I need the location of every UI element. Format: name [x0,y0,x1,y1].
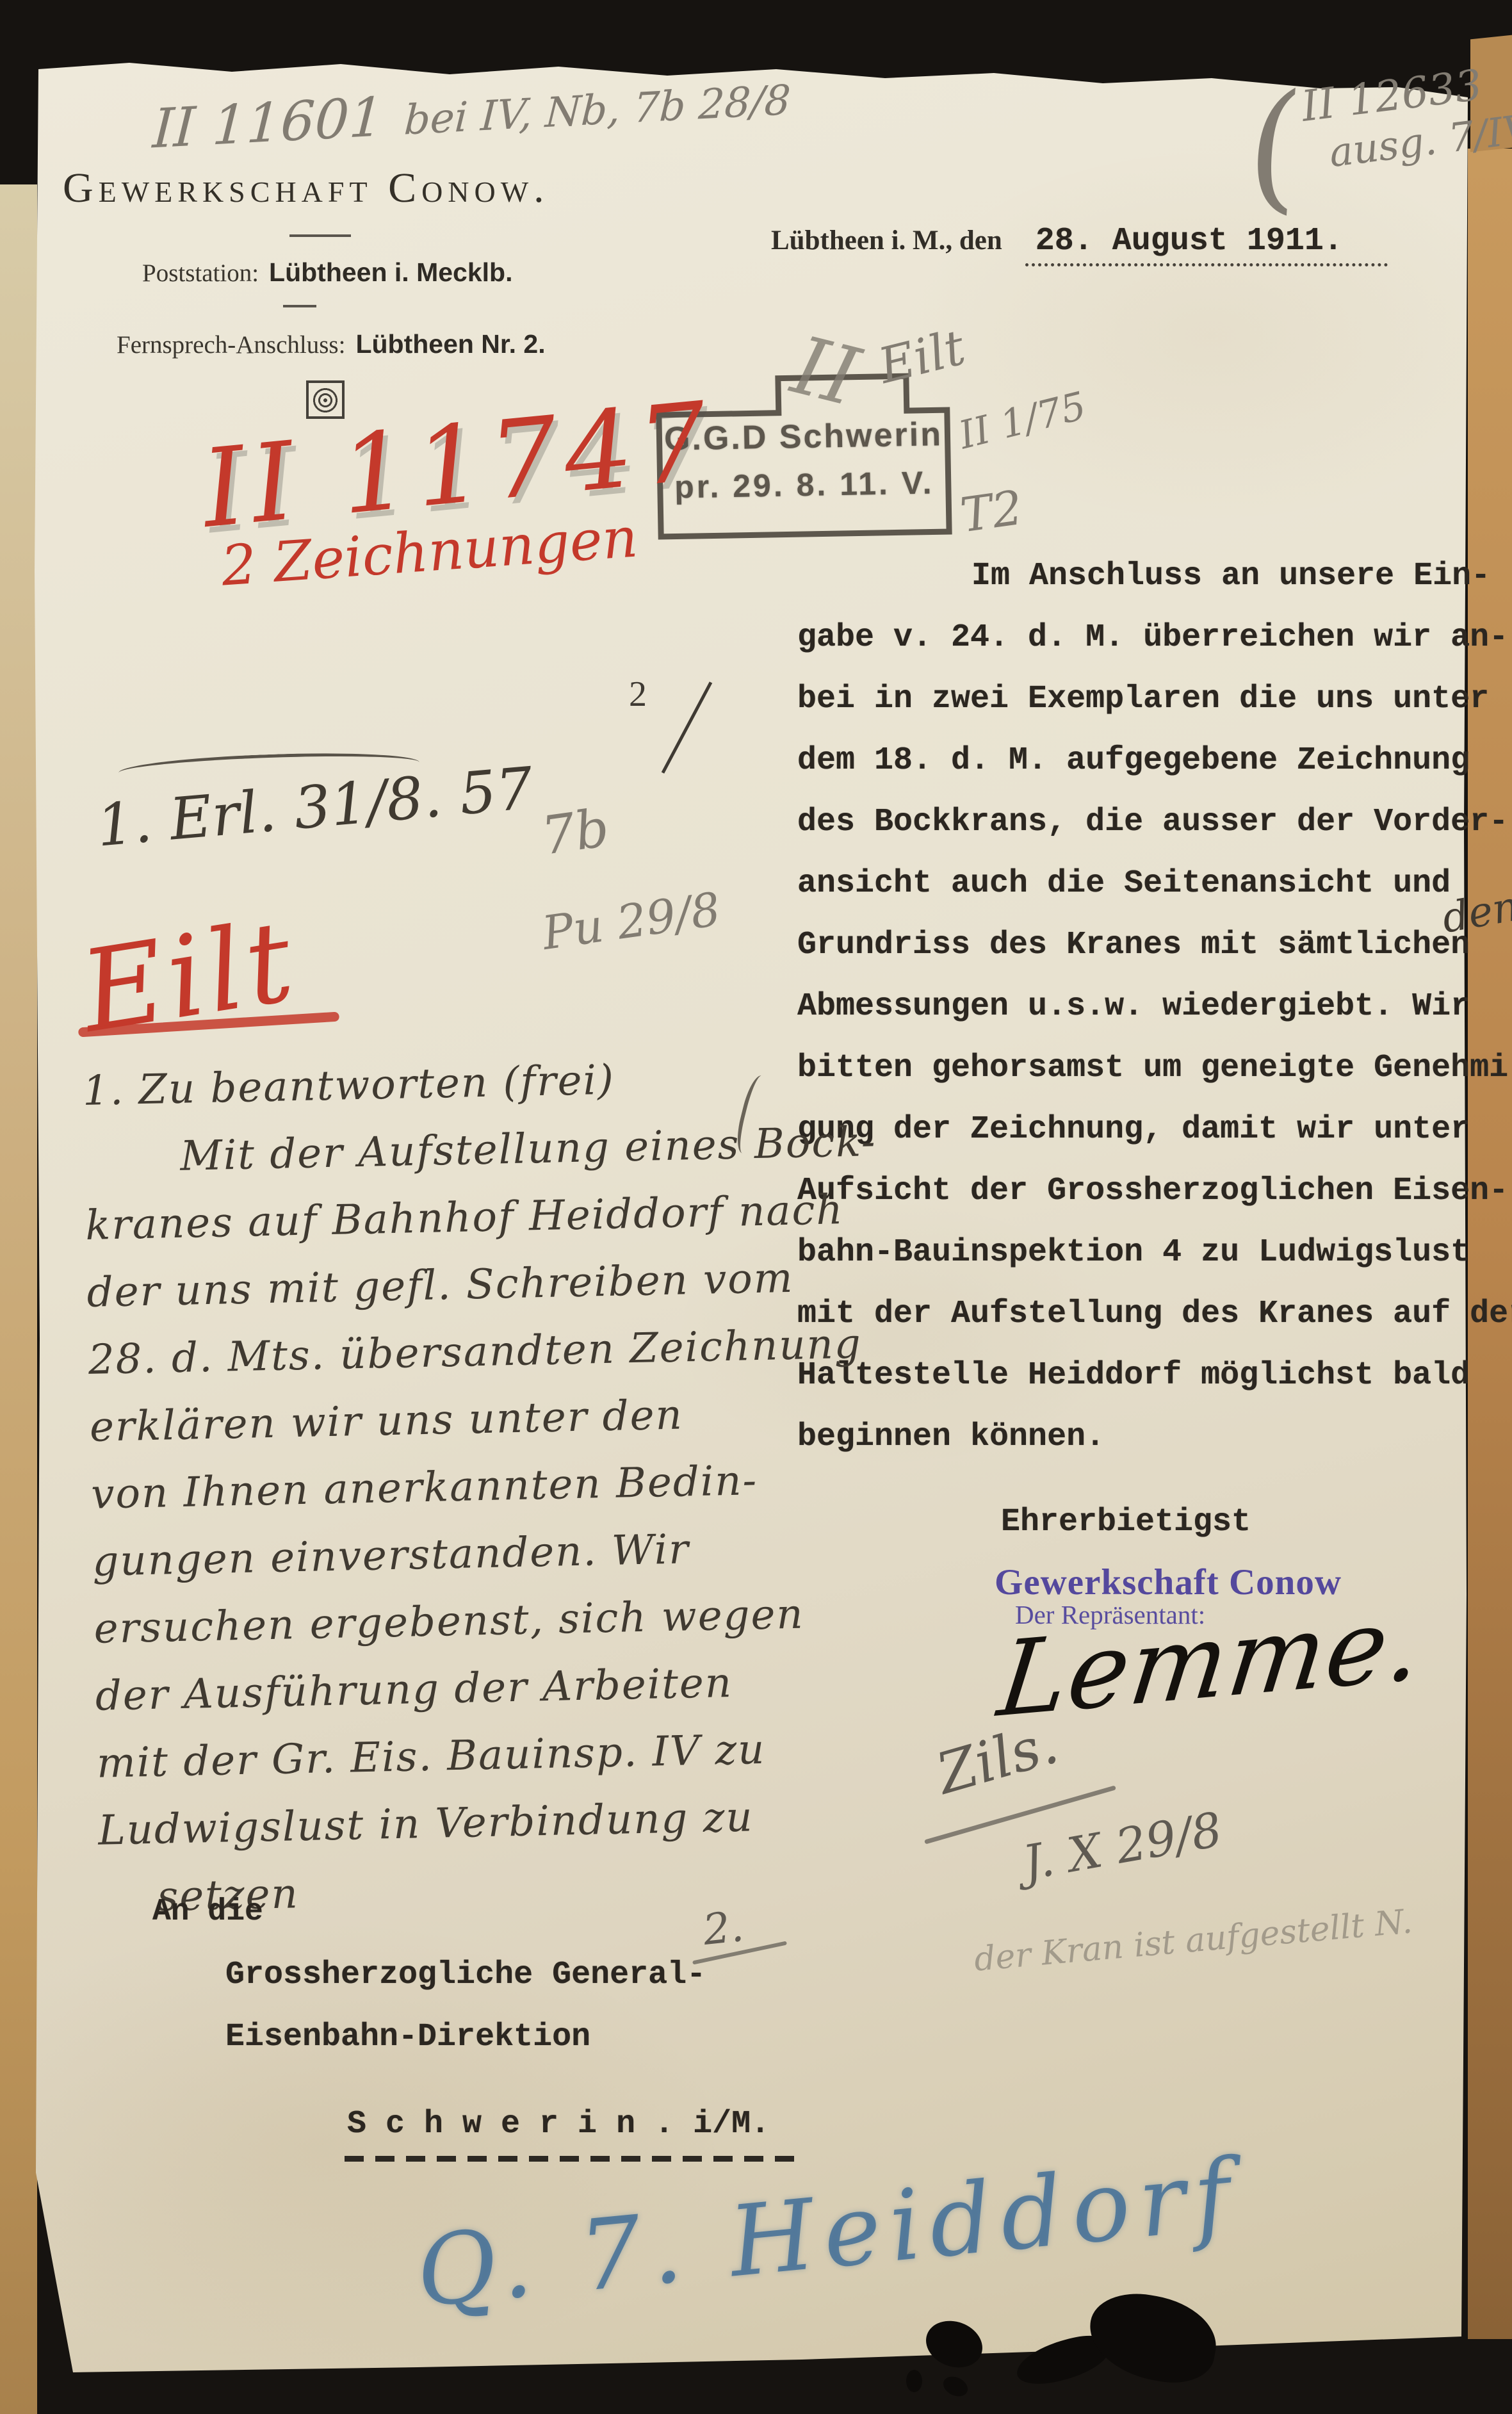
body-line: bei in zwei Exemplaren die uns unter [797,669,1512,730]
address-city-underline [345,2156,801,2162]
body-line: beginnen können. [797,1407,1512,1468]
registry-number: II 11601 [151,85,385,160]
dateline-date: 28. August 1911. [1025,223,1388,266]
post-station-value: Lübtheen i. Mecklb. [269,257,512,287]
post-station-label: Poststation: [142,259,259,287]
address-city: S c h w e r i n . i/M. [347,2106,770,2142]
dateline: Lübtheen i. M., den 28. August 1911. [771,223,1388,266]
address-line-2: Eisenbahn-Direktion [225,2019,590,2055]
post-station-line: Poststation:Lübtheen i. Mecklb. [142,257,512,288]
body-line: des Bockkrans, die ausser der Vorder- [797,792,1512,853]
body-line: bahn-Bauinspektion 4 zu Ludwigslust [797,1222,1512,1284]
address-salutation: An die [152,1895,263,1929]
phone-value: Lübtheen Nr. 2. [355,329,545,359]
body-line: Grundriss des Kranes mit sämtlichen [797,915,1512,976]
valediction: Ehrerbietigst [1001,1504,1251,1540]
body-line: Im Anschluss an unsere Ein- [797,546,1512,607]
address-line-1: Grossherzogliche General- [225,1957,706,1993]
letterhead-divider-2 [283,305,316,307]
pencil-address-mark: 2. [701,1902,746,1955]
pencil-7b: 7b [538,797,613,867]
phone-line: Fernsprech-Anschluss:Lübtheen Nr. 2. [117,329,546,359]
scanned-letter-page: II 11601 bei IV, Nb, 7b 28/8 ( II 12633 … [0,0,1512,2414]
letter-body: Im Anschluss an unsere Ein- gabe v. 24. … [797,546,1512,1468]
body-line: mit der Aufstellung des Kranes auf der [797,1284,1512,1345]
ink-blot [906,2370,922,2392]
ink-blot [940,2373,971,2400]
pencil-ref-b: T2 [957,480,1025,544]
body-line: ansicht auch die Seitenansicht und [797,853,1512,915]
body-line: bitten gehorsamst um geneigte Genehmi- [797,1038,1512,1099]
body-line: gabe v. 24. d. M. überreichen wir an- [797,607,1512,669]
book-edge-left [0,184,37,2414]
body-line: dem 18. d. M. aufgegebene Zeichnung [797,730,1512,792]
body-line: Aufsicht der Grossherzoglichen Eisen- [797,1161,1512,1222]
sheet-number: 2 [629,674,647,715]
dateline-place: Lübtheen i. M., den [771,225,1002,256]
body-line: Abmessungen u.s.w. wiedergiebt. Wir [797,976,1512,1038]
draft-reply: 1. Zu beantworten (frei) Mit der Aufstel… [82,1041,893,1932]
body-line: gung der Zeichnung, damit wir unter [797,1099,1512,1161]
body-line: Haltestelle Heiddorf möglichst bald [797,1345,1512,1407]
company-letterhead: Gewerkschaft Conow. [63,164,549,213]
phone-label: Fernsprech-Anschluss: [117,331,345,359]
letterhead-divider [289,234,351,237]
